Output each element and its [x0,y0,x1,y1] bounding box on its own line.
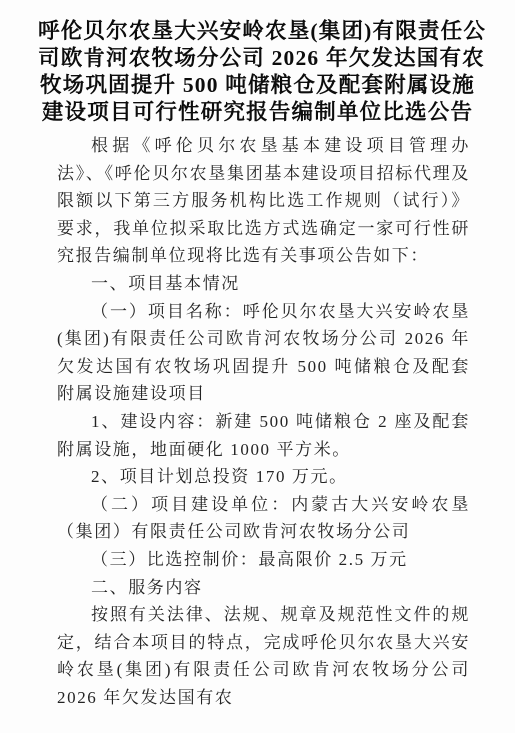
title-line-3: 牧场巩固提升 500 吨储粮仓及配套附属设施 [38,72,477,99]
title-line-2: 司欧肯河农牧场分公司 2026 年欠发达国有农 [38,45,477,72]
section-heading-2-service-content: 二、服务内容 [57,574,470,602]
title-line-4: 建设项目可行性研究报告编制单位比选公告 [38,99,477,126]
paragraph-price-control: （三）比选控制价：最高限价 2.5 万元 [57,546,470,574]
paragraph-construction-unit: （二）项目建设单位：内蒙古大兴安岭农垦（集团）有限责任公司欧肯河农牧场分公司 [57,491,470,546]
section-heading-1-project-overview: 一、项目基本情况 [57,270,470,298]
paragraph-project-name: （一）项目名称：呼伦贝尔农垦大兴安岭农垦(集团)有限责任公司欧肯河农牧场分公司 … [57,298,470,408]
paragraph-intro: 根据《呼伦贝尔农垦基本建设项目管理办法》、《呼伦贝尔农垦集团基本建设项目招标代理… [57,132,470,270]
paragraph-total-investment: 2、项目计划总投资 170 万元。 [57,463,470,491]
document-body: 根据《呼伦贝尔农垦基本建设项目管理办法》、《呼伦贝尔农垦集团基本建设项目招标代理… [57,132,470,711]
document-page: 呼伦贝尔农垦大兴安岭农垦(集团)有限责任公 司欧肯河农牧场分公司 2026 年欠… [0,0,515,733]
paragraph-service-content: 按照有关法律、法规、规章及规范性文件的规定，结合本项目的特点，完成呼伦贝尔农垦大… [57,601,470,711]
title-line-1: 呼伦贝尔农垦大兴安岭农垦(集团)有限责任公 [38,18,477,45]
document-title: 呼伦贝尔农垦大兴安岭农垦(集团)有限责任公 司欧肯河农牧场分公司 2026 年欠… [38,0,477,126]
paragraph-construction-content: 1、建设内容：新建 500 吨储粮仓 2 座及配套附属设施，地面硬化 1000 … [57,408,470,463]
